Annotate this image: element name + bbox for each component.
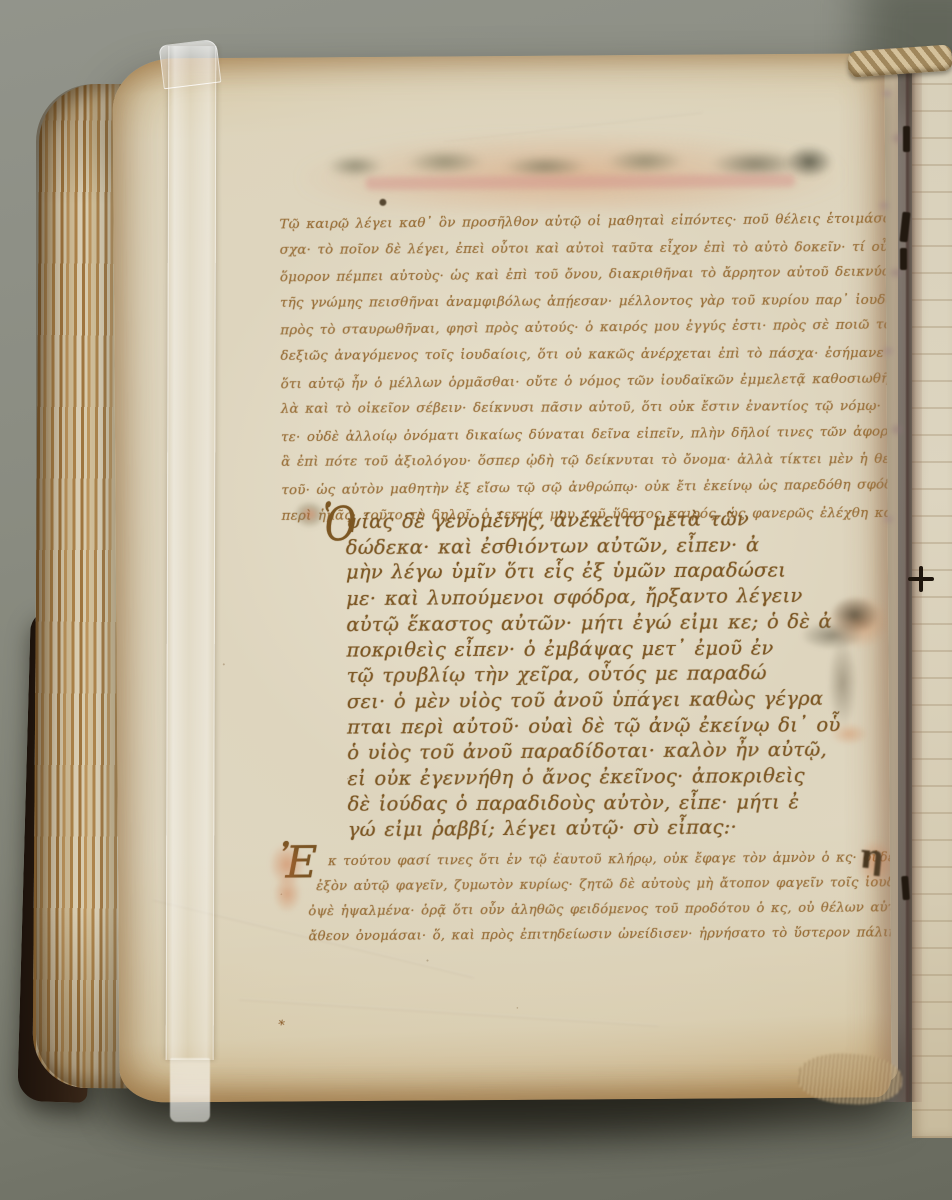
manuscript-text-line: ψίας δὲ γενομένης, ἀνέκειτο μετὰ τῶν xyxy=(346,505,864,534)
manuscript-text-line: γώ εἰμι ῥαββί; λέγει αὐτῷ· σὺ εἶπας:· xyxy=(348,814,866,843)
rubric-dark-blob xyxy=(777,140,841,184)
ink-dot xyxy=(379,199,386,206)
plastic-bookmark-strip xyxy=(166,46,217,1060)
manuscript-text-line: σει· ὁ μὲν υἱὸς τοῦ ἀνοῦ ὑπάγει καθὼς γέ… xyxy=(347,685,865,714)
manuscript-text-line: πται περὶ αὐτοῦ· οὐαὶ δὲ τῷ ἀνῷ ἐκείνῳ δ… xyxy=(347,712,865,740)
parchment-page: Τῷ καιρῷ λέγει καθ᾽ ὃν προσῆλθον αὐτῷ οἱ… xyxy=(112,53,891,1102)
sewing-stitch xyxy=(903,126,910,152)
manuscript-text-line: ποκριθεὶς εἶπεν· ὁ ἐμβάψας μετ᾽ ἐμοῦ ἐν xyxy=(346,635,864,663)
erased-rubric-smudge xyxy=(309,140,833,206)
stain-near-initial-o xyxy=(291,497,331,531)
manuscript-text-line: δὲ ἰούδας ὁ παραδιδοὺς αὐτὸν, εἶπε· μήτι… xyxy=(348,789,866,817)
plastic-strip-top-fold xyxy=(159,39,222,90)
manuscript-text-line: αὐτῷ ἕκαστος αὐτῶν· μήτι ἐγώ εἰμι κε; ὁ … xyxy=(346,608,864,637)
plastic-strip-bottom-end xyxy=(170,1058,210,1122)
manuscript-text-line: λὰ καὶ τὸ οἰκεῖον σέβειν· δείκνυσι πᾶσιν… xyxy=(281,394,892,424)
manuscript-text-line: μὴν λέγω ὑμῖν ὅτι εἷς ἐξ ὑμῶν παραδώσει xyxy=(346,557,864,585)
commentary-text-block-bottom: κ τούτου φασί τινες ὅτι ἐν τῷ ἑαυτοῦ κλή… xyxy=(308,845,892,949)
manuscript-text-line: τοῦ· ὡς αὐτὸν μαθητὴν ἐξ εἴσω τῷ σῷ ἀνθρ… xyxy=(281,472,891,504)
commentary-text-block-top: Τῷ καιρῷ λέγει καθ᾽ ὃν προσῆλθον αὐτῷ οἱ… xyxy=(279,207,891,530)
sewing-star-hole xyxy=(908,566,934,592)
manuscript-text-line: δεξιῶς ἀναγόμενος τοῖς ἰουδαίοις, ὅτι οὐ… xyxy=(280,341,891,371)
manuscript-text-line: τῷ τρυβλίῳ τὴν χεῖρα, οὗτός με παραδώ xyxy=(347,660,865,689)
manuscript-text-line: ὅμορον πέμπει αὐτοὺς· ὡς καὶ ἐπὶ τοῦ ὄνο… xyxy=(280,260,892,292)
manuscript-text-line: κ τούτου φασί τινες ὅτι ἐν τῷ ἑαυτοῦ κλή… xyxy=(328,845,892,874)
manuscript-text-line: με· καὶ λυπούμενοι σφόδρα, ἤρξαντο λέγει… xyxy=(346,583,864,612)
manuscript-text-line: ὁ υἱὸς τοῦ ἀνοῦ παραδίδοται· καλὸν ἦν αὐ… xyxy=(347,737,865,766)
manuscript-text-line: ἄθεον ὀνομάσαι· ὅ, καὶ πρὸς ἐπιτηδείωσιν… xyxy=(308,920,891,949)
manuscript-text-line: δώδεκα· καὶ ἐσθιόντων αὐτῶν, εἶπεν· ἀ xyxy=(346,531,864,560)
gospel-text-block: ψίας δὲ γενομένης, ἀνέκειτο μετὰ τῶνδώδε… xyxy=(346,505,866,843)
manuscript-photo: Τῷ καιρῷ λέγει καθ᾽ ὃν προσῆλθον αὐτῷ οἱ… xyxy=(0,0,952,1200)
manuscript-text-line: Τῷ καιρῷ λέγει καθ᾽ ὃν προσῆλθον αὐτῷ οἱ… xyxy=(279,206,891,238)
sewing-stitch xyxy=(900,248,907,270)
stain-near-initial-e xyxy=(264,843,310,913)
gutter-mauve-mottling xyxy=(866,60,918,620)
manuscript-text-line: εἰ οὐκ ἐγεννήθη ὁ ἄνος ἐκεῖνος· ἀποκριθε… xyxy=(347,762,865,791)
